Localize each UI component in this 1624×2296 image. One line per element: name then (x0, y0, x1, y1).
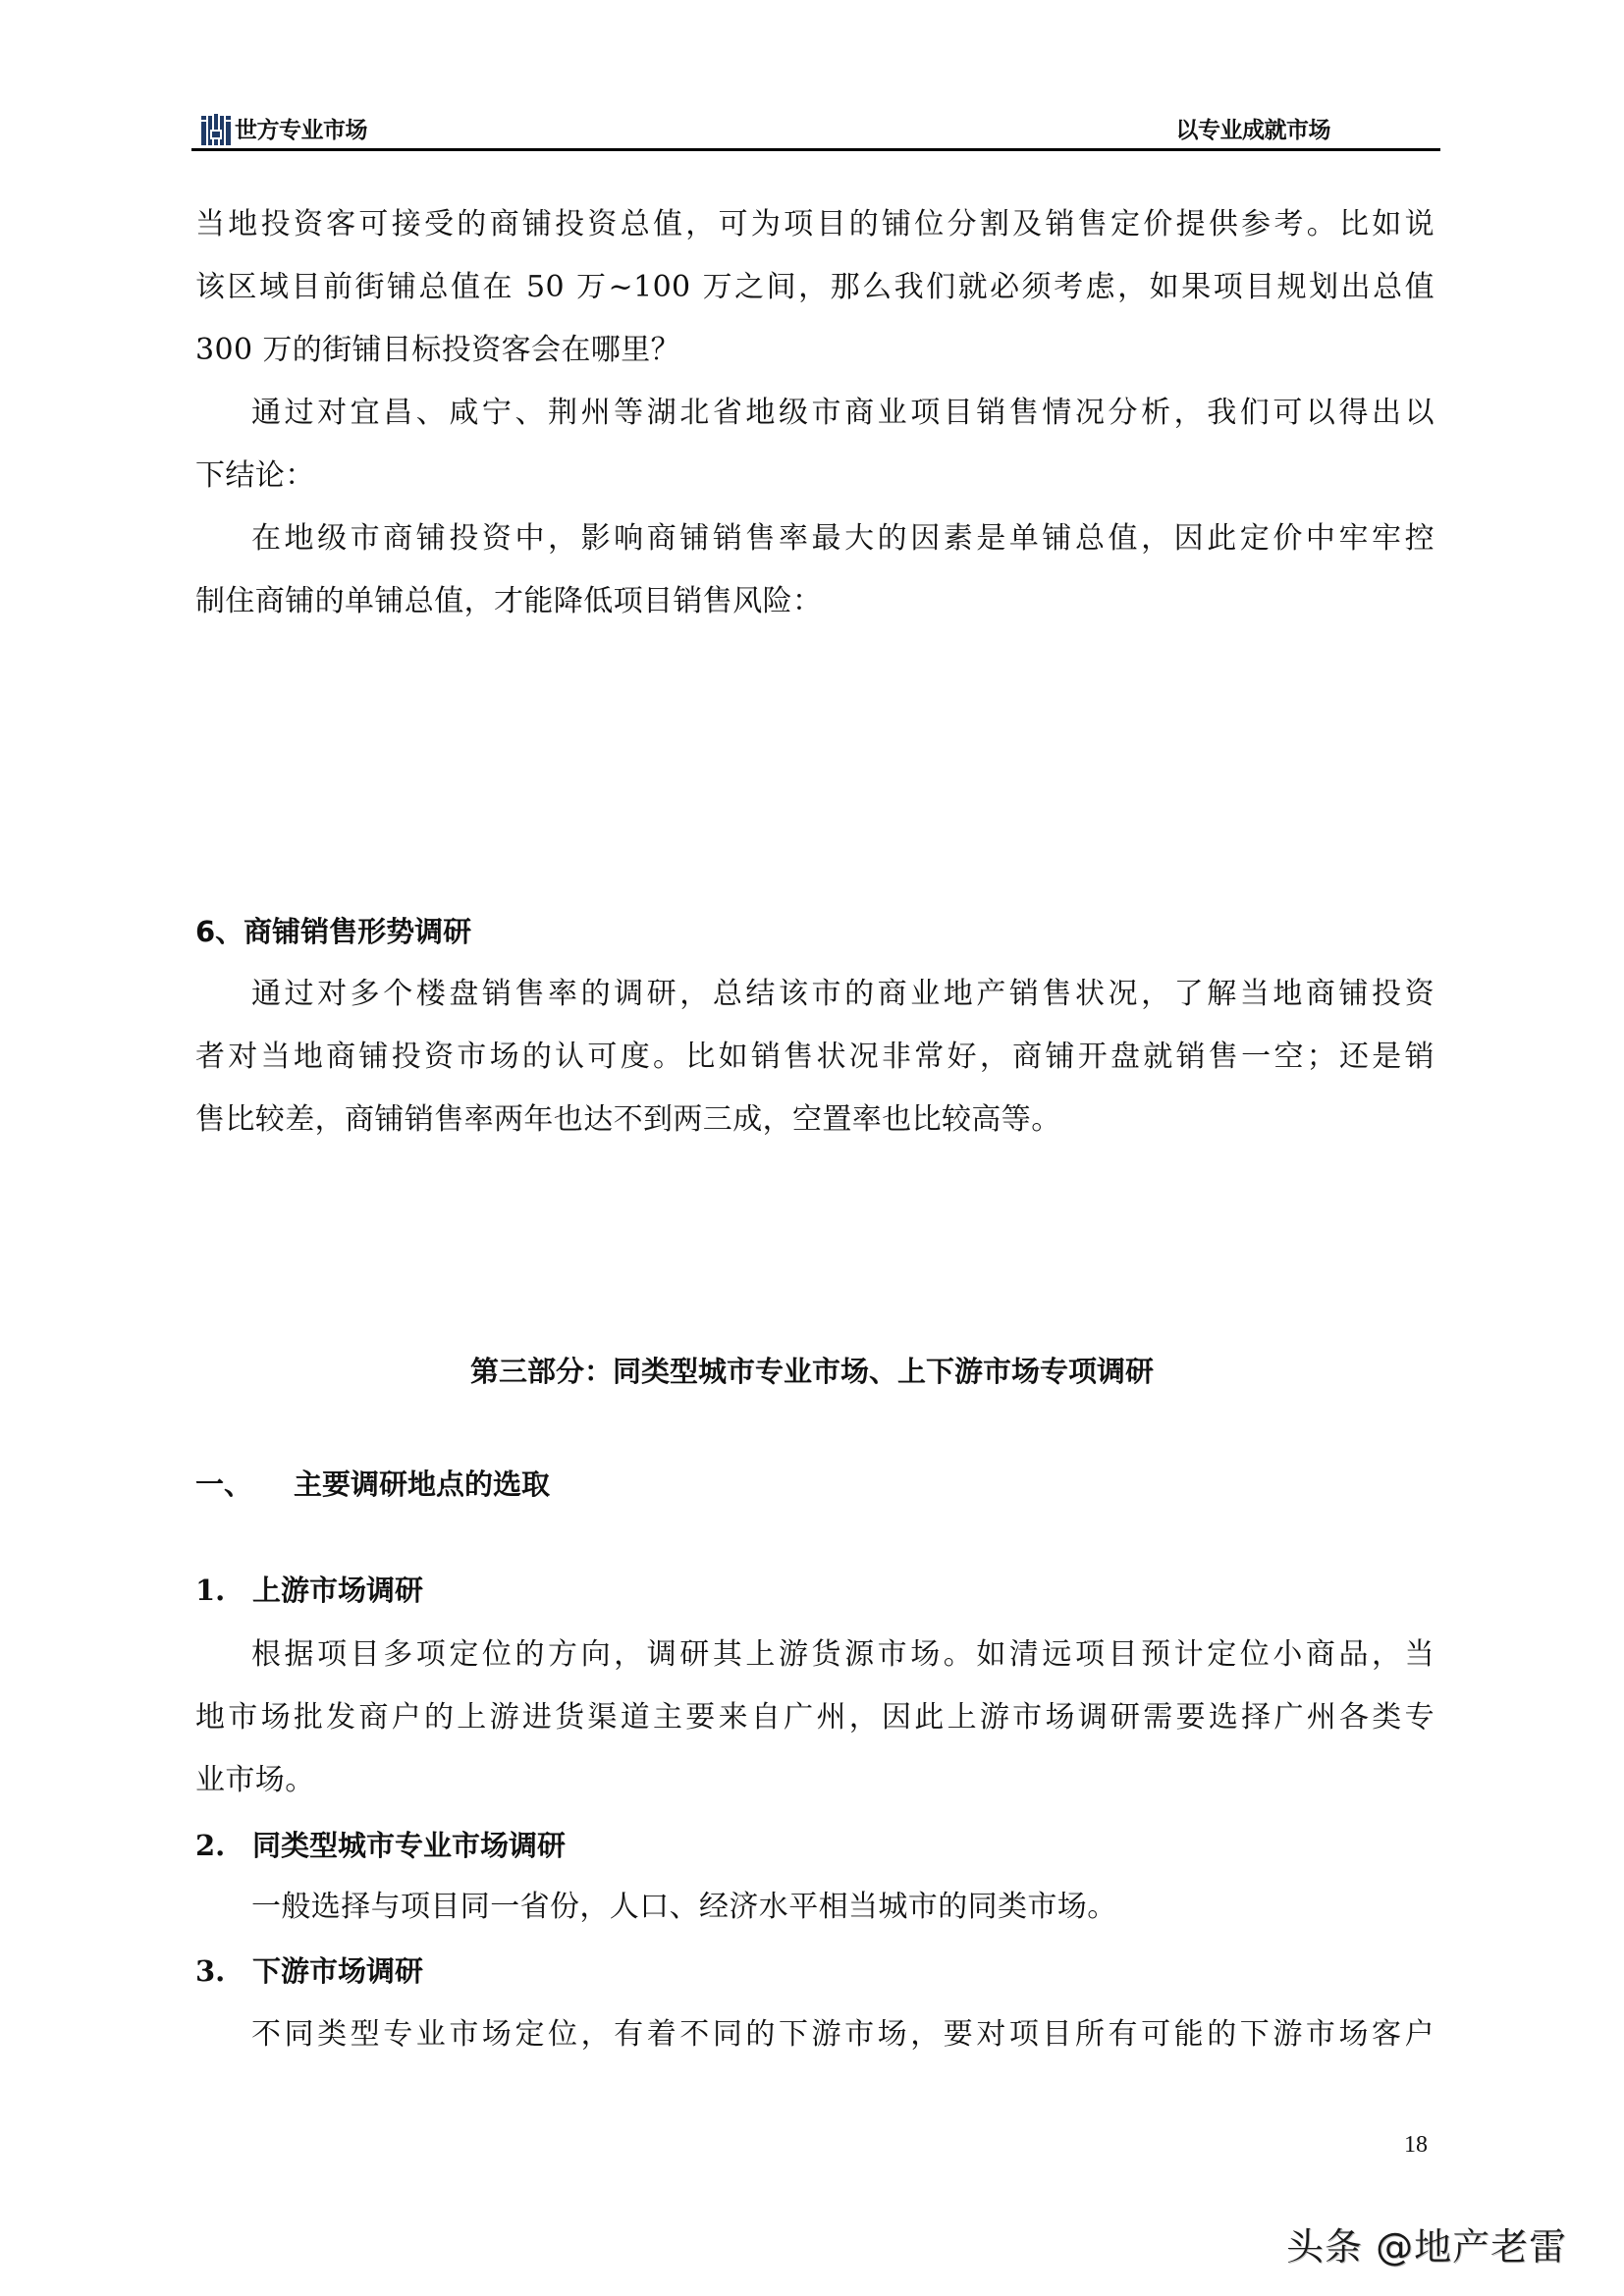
subsection-title: 上游市场调研 (252, 1574, 423, 1607)
paragraph-line: 通过对宜昌、咸宁、荆州等湖北省地级市商业项目销售情况分析，我们可以得出以 (251, 394, 1435, 433)
watermark-text: 头条 @地产老雷 (1286, 2224, 1567, 2269)
paragraph-line: 通过对多个楼盘销售率的调研，总结该市的商业地产销售状况，了解当地商铺投资 (251, 975, 1435, 1014)
building-pillars-logo-icon (201, 112, 231, 145)
paragraph-line: 该区域目前街铺总值在 50 万~100 万之间，那么我们就必须考虑，如果项目规划… (195, 268, 1435, 307)
subsection-heading: 1.上游市场调研 (195, 1571, 423, 1610)
paragraph-line: 地市场批发商户的上游进货渠道主要来自广州，因此上游市场调研需要选择广州各类专 (195, 1698, 1435, 1737)
subsection-heading: 3.下游市场调研 (195, 1951, 423, 1991)
header-slogan: 以专业成就市场 (1176, 118, 1331, 143)
header-divider (191, 148, 1440, 151)
paragraph-line: 一般选择与项目同一省份，人口、经济水平相当城市的同类市场。 (251, 1888, 1435, 1927)
paragraph-line: 者对当地商铺投资市场的认可度。比如销售状况非常好，商铺开盘就销售一空；还是销 (195, 1038, 1435, 1077)
chapter-heading: 一、主要调研地点的选取 (195, 1465, 550, 1504)
chapter-title: 主要调研地点的选取 (294, 1468, 550, 1501)
paragraph-line: 300 万的街铺目标投资客会在哪里？ (195, 331, 1435, 370)
subsection-number: 3. (195, 1951, 252, 1991)
subsection-title: 同类型城市专业市场调研 (252, 1829, 566, 1862)
chapter-number: 一、 (195, 1465, 294, 1504)
paragraph-line: 当地投资客可接受的商铺投资总值，可为项目的铺位分割及销售定价提供参考。比如说 (195, 205, 1435, 244)
paragraph-line: 根据项目多项定位的方向，调研其上游货源市场。如清远项目预计定位小商品，当 (251, 1635, 1435, 1675)
part-title: 第三部分：同类型城市专业市场、上下游市场专项调研 (0, 1352, 1624, 1391)
paragraph-line: 在地级市商铺投资中，影响商铺销售率最大的因素是单铺总值，因此定价中牢牢控 (251, 519, 1435, 559)
subsection-number: 2. (195, 1826, 252, 1865)
page-header: 世方专业市场 以专业成就市场 (191, 106, 1440, 153)
subsection-heading: 2.同类型城市专业市场调研 (195, 1826, 566, 1865)
paragraph-line: 下结论： (195, 456, 1435, 496)
paragraph-line: 售比较差，商铺销售率两年也达不到两三成，空置率也比较高等。 (195, 1100, 1435, 1140)
section-heading: 6、商铺销售形势调研 (195, 912, 471, 951)
paragraph-line: 不同类型专业市场定位，有着不同的下游市场，要对项目所有可能的下游市场客户 (251, 2015, 1435, 2055)
subsection-number: 1. (195, 1571, 252, 1610)
header-brand-name: 世方专业市场 (235, 118, 367, 143)
paragraph-line: 制住商铺的单铺总值，才能降低项目销售风险： (195, 582, 1435, 621)
subsection-title: 下游市场调研 (252, 1954, 423, 1988)
paragraph-line: 业市场。 (195, 1761, 1435, 1800)
page-number: 18 (1404, 2130, 1428, 2160)
